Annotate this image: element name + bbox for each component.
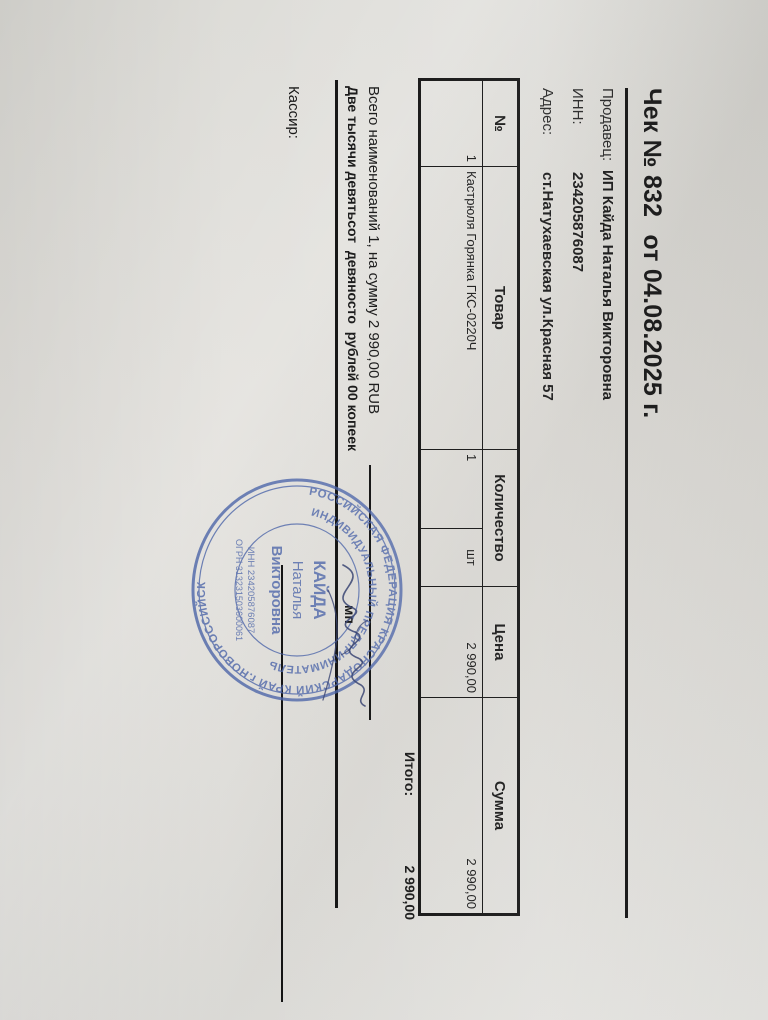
date-prefix: от: [638, 234, 666, 261]
row-price: 2 990,00: [420, 587, 483, 698]
amount-in-words: Две тысячи девятьсот девяносто рублей 00…: [345, 86, 361, 451]
stamp-ogrn: ОГРН 313231503600061: [234, 539, 244, 641]
stamp-name-line2: Наталья: [289, 561, 306, 620]
stamp-place-label: мп: [342, 605, 358, 624]
inn-value: 234205876087: [569, 172, 586, 272]
stamp-inn: ИНН 234205876087: [245, 547, 256, 634]
stamp-name-line1: КАЙДА: [310, 560, 329, 619]
stamp-signature-line: [369, 465, 371, 720]
header-number: №: [483, 80, 519, 167]
cashier-label: Кассир:: [285, 86, 302, 139]
inn-label: ИНН:: [569, 88, 586, 125]
address-value: ст.Натухаевская ул.Красная 57: [539, 172, 556, 401]
address-label: Адрес:: [539, 88, 556, 135]
header-quantity: Количество: [483, 450, 519, 587]
receipt-document: Чек № 832 от 04.08.2025 г. Продавец: ИП …: [0, 0, 768, 1020]
header-sum: Сумма: [483, 698, 519, 915]
photo-viewport: Чек № 832 от 04.08.2025 г. Продавец: ИП …: [0, 0, 768, 1020]
svg-text:РОССИЙСКАЯ ФЕДЕРАЦИЯ КРАСНОДАР: РОССИЙСКАЯ ФЕДЕРАЦИЯ КРАСНОДАРСКИЙ КРАЙ …: [195, 486, 398, 696]
header-product: Товар: [483, 167, 519, 450]
svg-text:ИНДИВИДУАЛЬНЫЙ ПРЕДПРИНИМАТЕЛЬ: ИНДИВИДУАЛЬНЫЙ ПРЕДПРИНИМАТЕЛЬ: [267, 507, 378, 675]
total-label: Итого:: [402, 752, 418, 796]
row-product: Кастрюля Горянка ГКС-0220Ч: [420, 167, 483, 450]
total-value: 2 990,00: [402, 860, 418, 920]
cashier-signature-line: [281, 565, 283, 1002]
row-number: 1: [420, 80, 483, 167]
receipt-date: 04.08.2025 г.: [638, 269, 666, 419]
receipt-title: Чек № 832 от 04.08.2025 г.: [637, 88, 666, 418]
seller-value: ИП Кайда Наталья Викторовна: [599, 170, 616, 400]
stamp-outer-text: РОССИЙСКАЯ ФЕДЕРАЦИЯ КРАСНОДАРСКИЙ КРАЙ …: [195, 486, 398, 696]
title-underline: [625, 88, 628, 918]
items-table: № Товар Количество Цена Сумма 1 Кастрюля…: [418, 78, 520, 916]
title-prefix: Чек №: [638, 88, 666, 168]
summary-line: Всего наименований 1, на сумму 2 990,00 …: [365, 86, 382, 414]
signature-icon: [313, 560, 383, 710]
header-price: Цена: [483, 587, 519, 698]
totals-divider: [335, 80, 338, 908]
row-sum: 2 990,00: [420, 698, 483, 915]
seal-stamp-icon: РОССИЙСКАЯ ФЕДЕРАЦИЯ КРАСНОДАРСКИЙ КРАЙ …: [188, 475, 406, 705]
seller-label: Продавец:: [599, 88, 616, 161]
row-unit: шт: [420, 529, 483, 587]
table-row: 1 Кастрюля Горянка ГКС-0220Ч 1 шт 2 990,…: [420, 80, 483, 915]
table-header-row: № Товар Количество Цена Сумма: [483, 80, 519, 915]
stamp-inner-text: ИНДИВИДУАЛЬНЫЙ ПРЕДПРИНИМАТЕЛЬ: [267, 507, 378, 675]
row-quantity: 1: [420, 450, 483, 529]
receipt-number: 832: [638, 175, 666, 217]
